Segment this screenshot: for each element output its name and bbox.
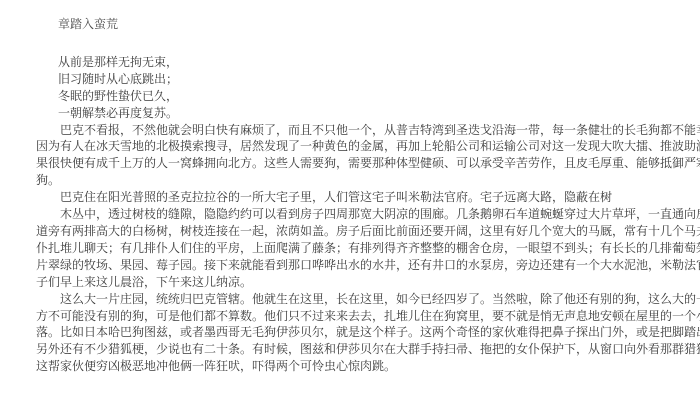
text-line: 木丛中，透过树枝的缝隙，隐隐约约可以看到房子四周那宽大阴凉的围廊。几条鹅卵石车道… — [36, 206, 676, 223]
text-line: 这帮家伙便穷凶极恶地冲他俩一阵狂吠，吓得两个可怜虫心惊肉跳。 — [36, 358, 676, 375]
chapter-title: 章踏入蛮荒 — [58, 16, 676, 33]
text-line: 道旁有两排高大的白杨树，树枝连接在一起，浓荫如盖。房子后面比前面还要开阔，这里有… — [36, 223, 676, 240]
paragraph-2: 巴克住在阳光普照的圣克拉拉谷的一所大宅子里，人们管这宅子叫米勒法官府。宅子远离大… — [36, 189, 676, 206]
text-line: 子们早上来这儿晨浴，下午来这儿纳凉。 — [36, 274, 676, 291]
text-line: 狗。 — [36, 172, 676, 189]
text-line: 落。比如日本哈巴狗图兹，或者墨西哥无毛狗伊莎贝尔，就是这个样子。这两个奇怪的家伙… — [36, 324, 676, 341]
text-line: 另外还有不少猎狐梗，少说也有二十条。有时候，图兹和伊莎贝尔在大群手持扫帚、拖把的… — [36, 341, 676, 358]
poem-line: 一朝解禁必再度复苏。 — [58, 105, 676, 122]
text-line: 果很快便有成千上万的人一窝蜂拥向北方。这些人需要狗，需要那种体型健硕、可以承受辛… — [36, 155, 676, 172]
poem-line: 从前是那样无拘无束， — [58, 54, 676, 71]
epigraph-poem: 从前是那样无拘无束， 旧习随时从心底跳出； 冬眠的野性蛰伏已久， 一朝解禁必再度… — [58, 54, 676, 122]
text-line: 方不可能没有别的狗，可是他们都不算数。他们只不过来来去去，扎堆儿住在狗窝里，要不… — [36, 308, 676, 325]
text-line: 巴克不看报，不然他就会明白快有麻烦了，而且不只他一个，从普吉特湾到圣迭戈沿海一带… — [36, 122, 676, 139]
poem-line: 旧习随时从心底跳出； — [58, 71, 676, 88]
text-line: 片翠绿的牧场、果园、莓子园。接下来就能看到那口哗哗出水的水井，还有井口的水泵房，… — [36, 257, 676, 274]
document-body: 章踏入蛮荒 从前是那样无拘无束， 旧习随时从心底跳出； 冬眠的野性蛰伏已久， 一… — [36, 16, 676, 375]
poem-line: 冬眠的野性蛰伏已久， — [58, 88, 676, 105]
text-line: 这么大一片庄园，统统归巴克管辖。他就生在这里，长在这里，如今已经四岁了。当然啦，… — [36, 291, 676, 308]
paragraph-3: 木丛中，透过树枝的缝隙，隐隐约约可以看到房子四周那宽大阴凉的围廊。几条鹅卵石车道… — [36, 206, 676, 291]
paragraph-1: 巴克不看报，不然他就会明白快有麻烦了，而且不只他一个，从普吉特湾到圣迭戈沿海一带… — [36, 122, 676, 190]
paragraph-4: 这么大一片庄园，统统归巴克管辖。他就生在这里，长在这里，如今已经四岁了。当然啦，… — [36, 291, 676, 376]
text-line: 仆扎堆儿聊天；有几排仆人们住的平房，上面爬满了藤条；有排列得齐齐整整的棚舍仓房，… — [36, 240, 676, 257]
text-line: 巴克住在阳光普照的圣克拉拉谷的一所大宅子里，人们管这宅子叫米勒法官府。宅子远离大… — [36, 189, 676, 206]
text-line: 因为有人在冰天雪地的北极摸索搜寻，居然发现了一种黄色的金属，再加上轮船公司和运输… — [36, 138, 676, 155]
